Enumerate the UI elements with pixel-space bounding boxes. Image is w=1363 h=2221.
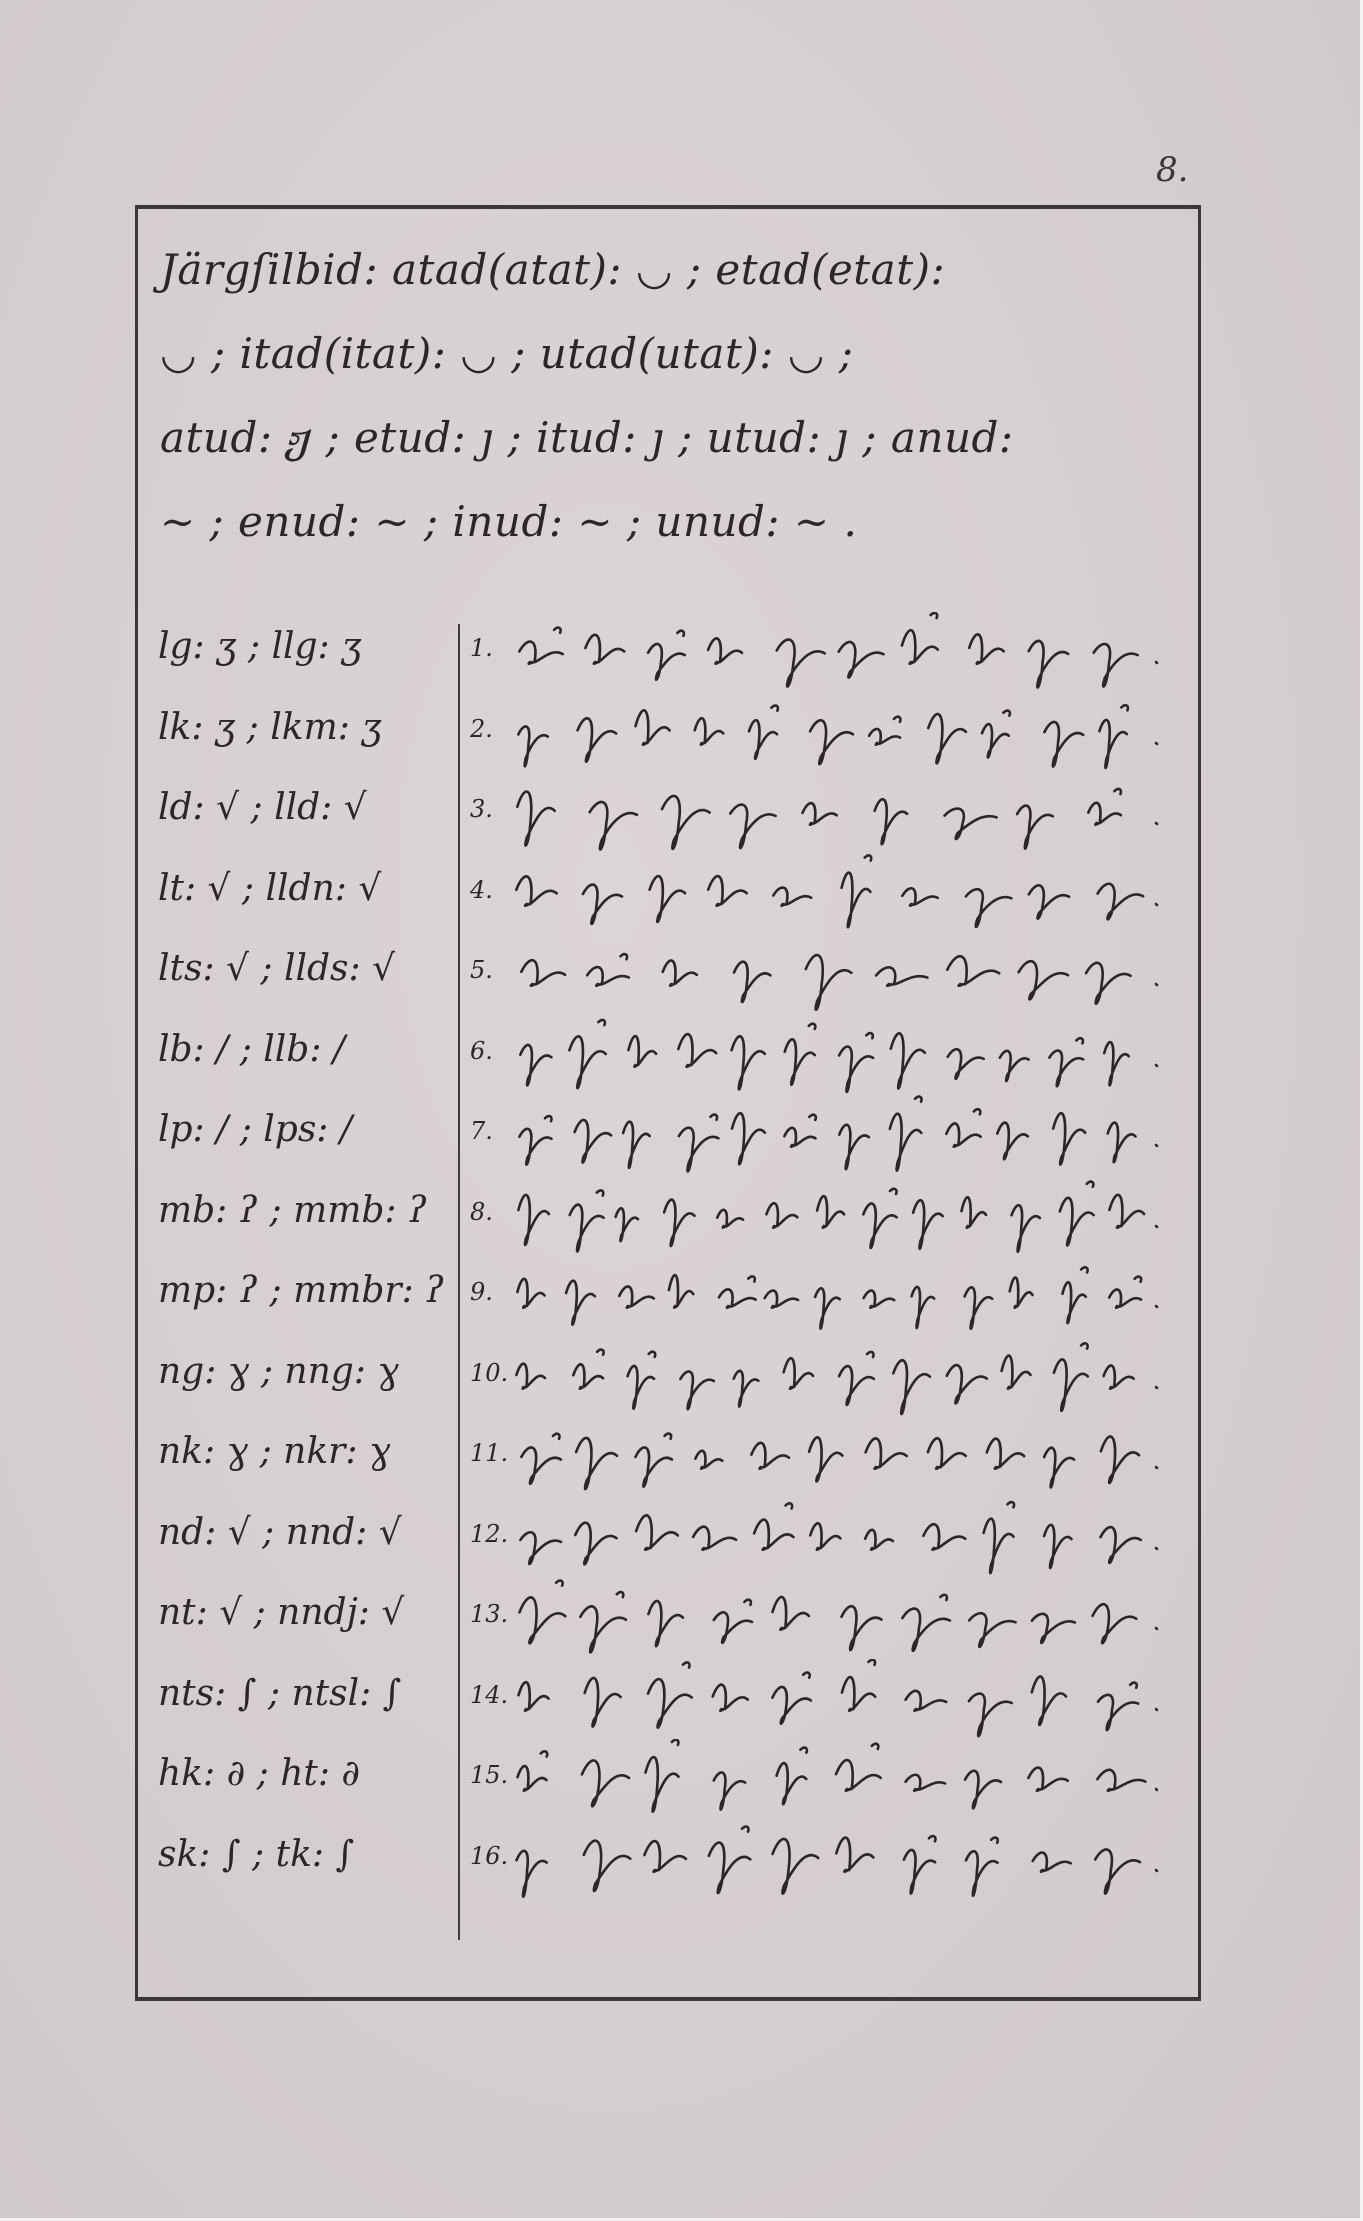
exercise-row: 8. [470, 1176, 1190, 1257]
exercise-number: 9. [470, 1278, 493, 1306]
shorthand-strokes [510, 934, 1190, 1014]
shorthand-strokes [510, 1176, 1190, 1256]
exercise-number: 15. [470, 1761, 508, 1789]
shorthand-strokes [510, 1820, 1190, 1900]
shorthand-strokes [510, 1498, 1190, 1578]
abbreviation-row: nk: ɣ ; nkr: ɣ [158, 1417, 458, 1498]
shorthand-strokes [510, 693, 1190, 773]
abbreviation-row: nt: √ ; nndj: √ [158, 1578, 458, 1659]
abbreviation-row: lg: ʒ ; llg: ʒ [158, 612, 458, 693]
shorthand-strokes [510, 1015, 1190, 1095]
exercise-row: 14. [470, 1659, 1190, 1740]
abbreviation-row: lt: √ ; lldn: √ [158, 854, 458, 935]
exercise-row: 9. [470, 1256, 1190, 1337]
exercise-row: 3. [470, 773, 1190, 854]
abbreviation-row: mp: ʔ ; mmbr: ʔ [158, 1256, 458, 1337]
exercise-row: 7. [470, 1095, 1190, 1176]
exercise-number: 1. [470, 634, 493, 662]
exercise-number: 6. [470, 1037, 493, 1065]
abbreviation-row: lb: / ; llb: / [158, 1015, 458, 1096]
exercise-number: 12. [470, 1520, 508, 1548]
exercise-number: 13. [470, 1600, 508, 1628]
shorthand-strokes [510, 1739, 1190, 1819]
shorthand-strokes [510, 612, 1190, 692]
abbreviation-row: lk: ʒ ; lkm: ʒ [158, 693, 458, 774]
exercise-number: 2. [470, 715, 493, 743]
shorthand-strokes [510, 1659, 1190, 1739]
shorthand-strokes [510, 1337, 1190, 1417]
shorthand-strokes [510, 773, 1190, 853]
exercise-row: 4. [470, 854, 1190, 935]
exercise-row: 2. [470, 693, 1190, 774]
abbreviation-row: sk: ∫ ; tk: ∫ [158, 1820, 458, 1901]
exercise-row: 6. [470, 1015, 1190, 1096]
shorthand-strokes [510, 1256, 1190, 1336]
exercise-number: 4. [470, 876, 493, 904]
shorthand-strokes [510, 1578, 1190, 1658]
exercise-number: 7. [470, 1117, 493, 1145]
exercise-row: 11. [470, 1417, 1190, 1498]
abbreviation-row: lts: √ ; llds: √ [158, 934, 458, 1015]
exercise-number: 16. [470, 1842, 508, 1870]
abbreviation-row: lp: / ; lps: / [158, 1095, 458, 1176]
abbreviation-row: ld: √ ; lld: √ [158, 773, 458, 854]
exercise-row: 13. [470, 1578, 1190, 1659]
abbreviation-row: ng: ɣ ; nng: ɣ [158, 1337, 458, 1418]
shorthand-strokes [510, 854, 1190, 934]
exercise-row: 16. [470, 1820, 1190, 1901]
column-divider [458, 624, 460, 1940]
exercise-row: 15. [470, 1739, 1190, 1820]
abbreviation-row: hk: ∂ ; ht: ∂ [158, 1739, 458, 1820]
header-line: ∼ ; enud: ∼ ; inud: ∼ ; unud: ∼ . [160, 480, 1190, 564]
abbreviation-row: nd: √ ; nnd: √ [158, 1498, 458, 1579]
exercise-column: 1. 2. 3. 4. 5. 6. 7. 8. 9. 10. 11. 12. 1… [470, 612, 1190, 1900]
header-text: Järgſilbid: atad(atat): ◡ ; etad(etat): … [160, 228, 1190, 564]
exercise-row: 1. [470, 612, 1190, 693]
exercise-number: 10. [470, 1359, 508, 1387]
abbreviation-row: mb: ʔ ; mmb: ʔ [158, 1176, 458, 1257]
exercise-number: 11. [470, 1439, 508, 1467]
shorthand-strokes [510, 1095, 1190, 1175]
exercise-row: 12. [470, 1498, 1190, 1579]
page-number: 8. [1156, 150, 1188, 190]
shorthand-strokes [510, 1417, 1190, 1497]
exercise-number: 8. [470, 1198, 493, 1226]
header-line: Järgſilbid: atad(atat): ◡ ; etad(etat): [160, 228, 1190, 312]
header-line: ◡ ; itad(itat): ◡ ; utad(utat): ◡ ; [160, 312, 1190, 396]
exercise-number: 3. [470, 795, 493, 823]
exercise-row: 5. [470, 934, 1190, 1015]
exercise-row: 10. [470, 1337, 1190, 1418]
abbreviation-column: lg: ʒ ; llg: ʒ lk: ʒ ; lkm: ʒ ld: √ ; ll… [158, 612, 458, 1900]
abbreviation-row: nts: ∫ ; ntsl: ∫ [158, 1659, 458, 1740]
exercise-number: 5. [470, 956, 493, 984]
exercise-number: 14. [470, 1681, 508, 1709]
header-line: atud: ჟ ; etud: ȷ ; itud: ȷ ; utud: ȷ ; … [160, 396, 1190, 480]
